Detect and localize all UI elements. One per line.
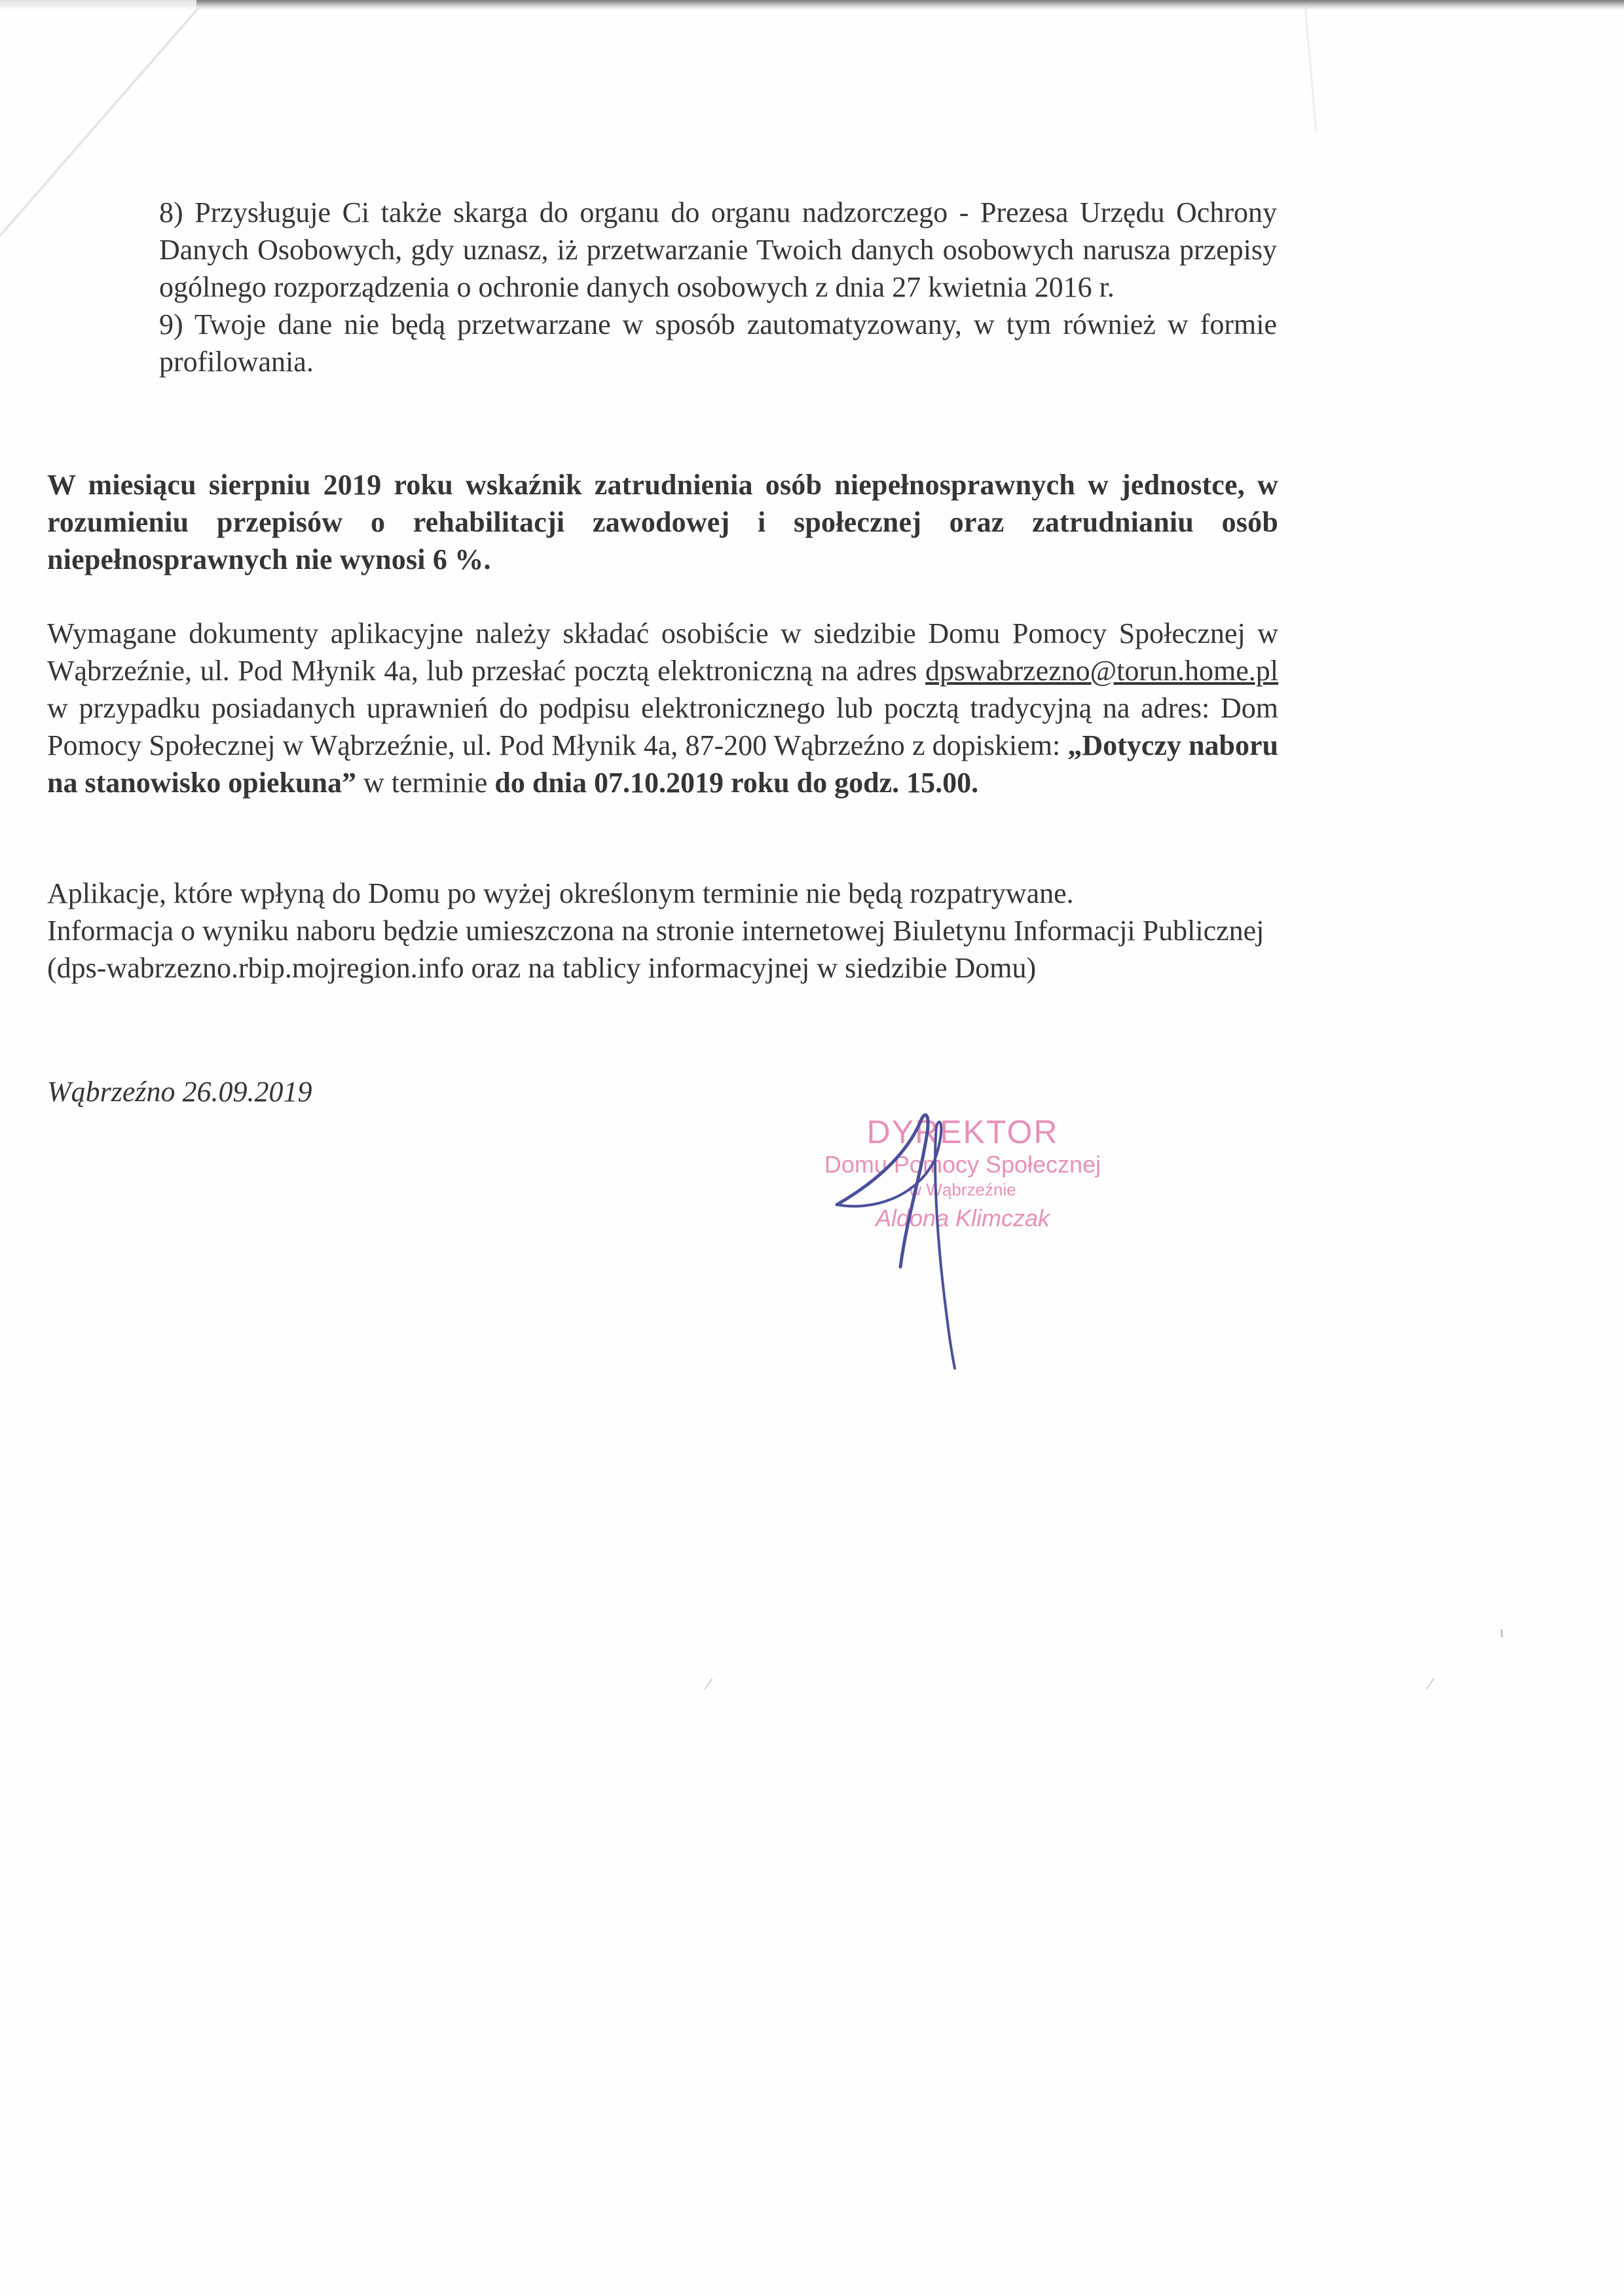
closing-section: Aplikacje, które wpłyną do Domu po wyżej… <box>47 875 1278 987</box>
submission-text-3: w terminie <box>356 767 494 799</box>
place-and-date: Wąbrzeźno 26.09.2019 <box>47 1075 312 1108</box>
rights-item-8: 8) Przysługuje Ci także skarga do organu… <box>159 194 1277 306</box>
submission-paragraph: Wymagane dokumenty aplikacyjne należy sk… <box>47 615 1278 801</box>
closing-line-1: Aplikacje, które wpłyną do Domu po wyżej… <box>47 875 1278 912</box>
scan-speck: ı <box>1500 1624 1504 1641</box>
rights-item-9: 9) Twoje dane nie będą przetwarzane w sp… <box>159 306 1277 380</box>
rights-section: 8) Przysługuje Ci także skarga do organu… <box>159 194 1277 380</box>
email-link[interactable]: dpswabrzezno@torun.home.pl <box>925 655 1278 687</box>
submission-deadline: do dnia 07.10.2019 roku do godz. 15.00. <box>494 767 978 799</box>
submission-instructions: Wymagane dokumenty aplikacyjne należy sk… <box>47 615 1278 801</box>
scan-speck: ⁄ <box>1429 1676 1431 1694</box>
employment-notice: W miesiącu sierpniu 2019 roku wskaźnik z… <box>47 466 1278 578</box>
employment-notice-text: W miesiącu sierpniu 2019 roku wskaźnik z… <box>47 466 1278 578</box>
closing-line-2: Informacja o wyniku naboru będzie umiesz… <box>47 912 1278 987</box>
scan-edge-shadow <box>0 0 1624 9</box>
scan-edge-fold <box>0 0 196 9</box>
handwritten-signature <box>773 1087 1139 1388</box>
scan-speck: ⁄ <box>707 1676 710 1694</box>
